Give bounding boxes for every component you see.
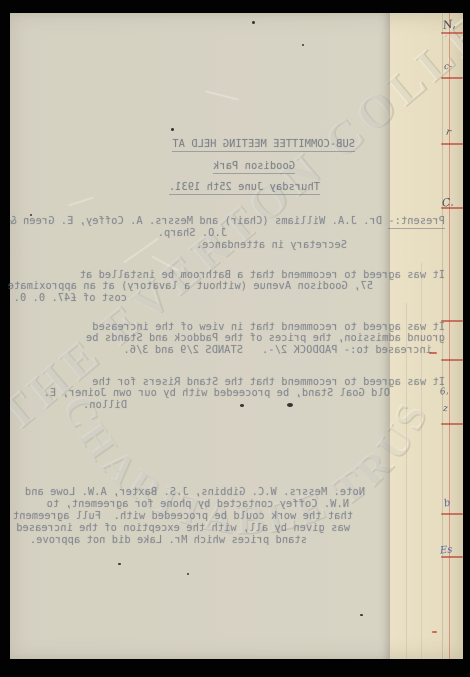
typed-line: Secretary in attendance. — [196, 240, 347, 251]
typed-line: J.O. Sharp. — [158, 228, 227, 239]
ink-speck — [30, 214, 32, 216]
typed-minutes-mirrored: SUB-COMMITTEE MEETING HELD ATGoodison Pa… — [10, 13, 445, 659]
typed-line: Dillon. — [83, 400, 127, 411]
typed-line: increased to:- PADDOCK 2/-. STANDS 2/9 a… — [123, 345, 432, 356]
ink-speck — [252, 21, 255, 24]
ink-speck — [240, 404, 244, 407]
typed-line: Goodison Park — [213, 161, 295, 174]
margin-red-vertical-rule — [449, 13, 450, 659]
typed-line: Present:- — [388, 216, 445, 229]
typed-line: ground admission, the prices of the Padd… — [86, 333, 445, 344]
typed-line: was given by all, with the exception of … — [16, 523, 350, 534]
ink-speck — [302, 44, 304, 46]
ink-speck — [118, 563, 121, 565]
ledger-paper-sheet: THE EVERTON COLLECTION THE EVERTON COLLE… — [10, 13, 463, 659]
ink-speck — [360, 614, 363, 616]
ink-speck — [187, 573, 189, 575]
typed-line: stand prices which Mr. Lake did not appr… — [30, 535, 307, 546]
ink-speck — [171, 128, 174, 131]
typed-line: 57, Goodison Avenue (without a lavatory)… — [8, 281, 373, 292]
typed-line: SUB-COMMITTEE MEETING HELD AT — [172, 139, 355, 152]
typed-line: that the work could be proceeded with. F… — [13, 511, 353, 522]
typed-line: Note. Messrs. W.C. Gibbins, J.S. Baxter,… — [25, 487, 365, 498]
typed-line: Thursday June 25th 1931. — [169, 182, 320, 195]
handwriting-mark: r — [445, 127, 452, 139]
ink-speck — [287, 403, 293, 407]
typed-line: cost of £47. 0. 0. — [14, 293, 127, 304]
typed-line: Old Goal Stand, be proceeded with by our… — [44, 388, 390, 399]
scanned-document-page: THE EVERTON COLLECTION THE EVERTON COLLE… — [0, 0, 470, 677]
typed-line: Dr. J.A. Williams (Chair) and Messrs. A.… — [10, 216, 382, 227]
typed-line: N.W. Coffey contacted by phone for agree… — [47, 499, 349, 510]
